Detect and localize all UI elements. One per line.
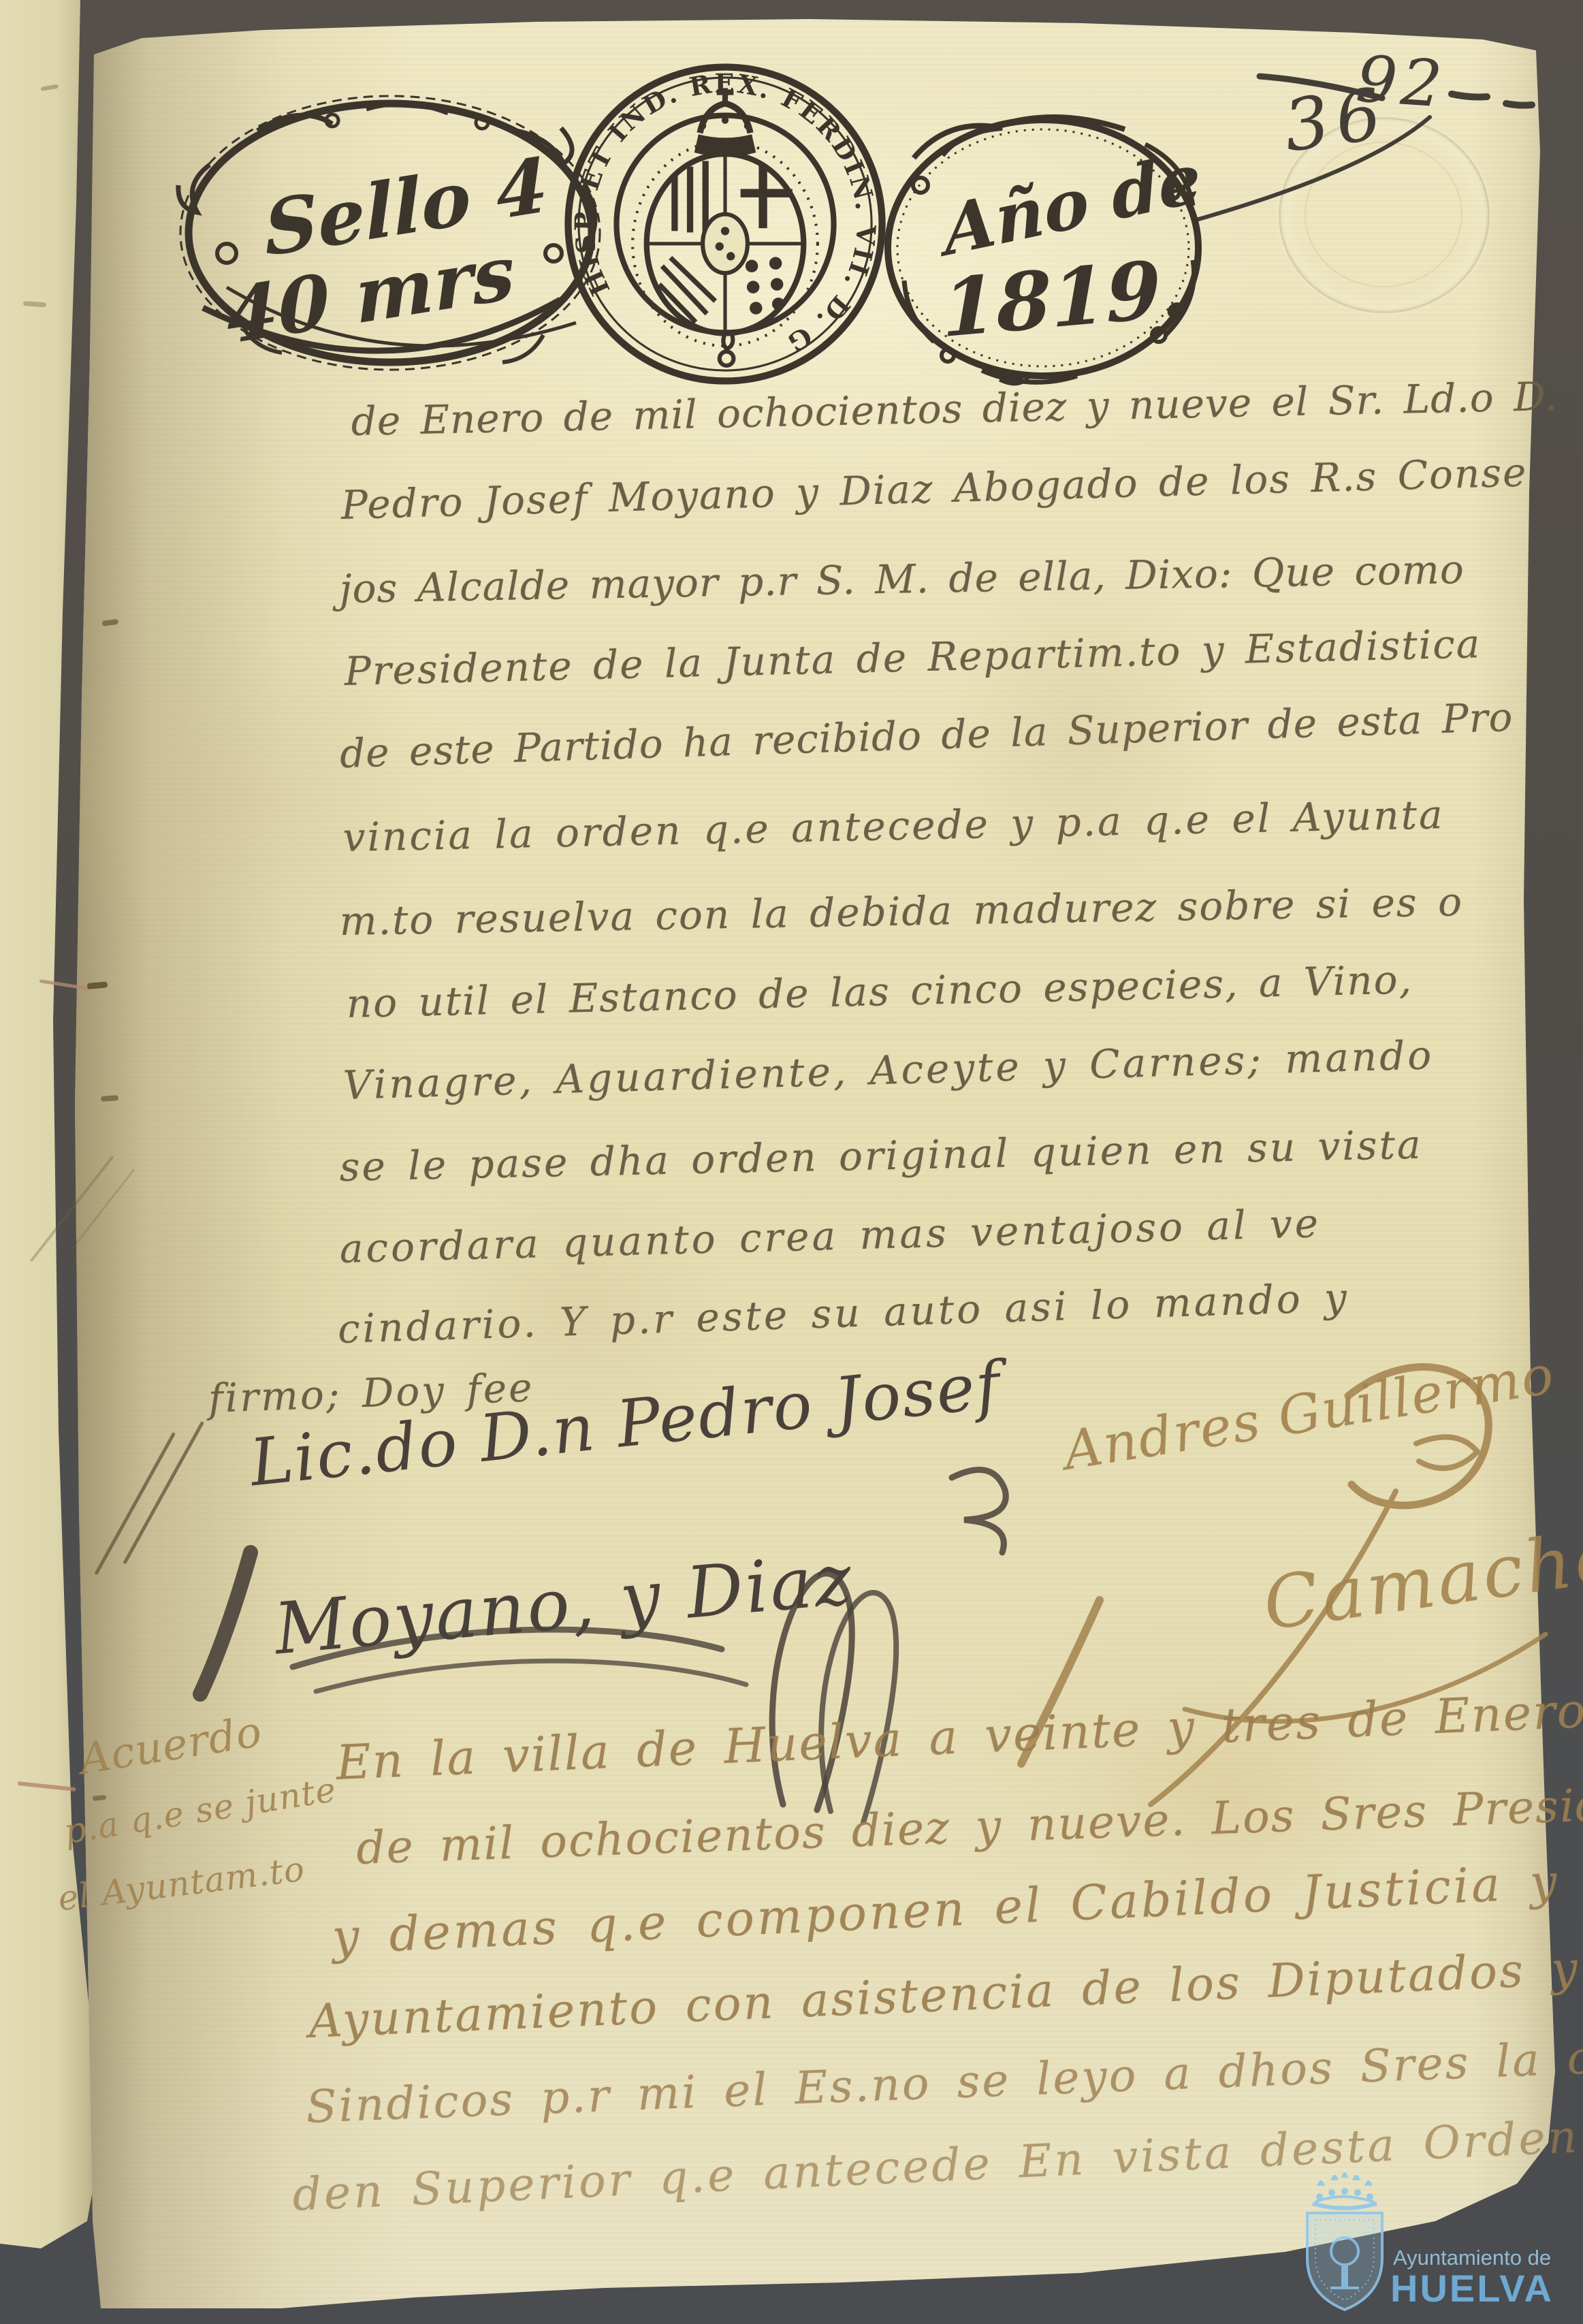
binding-speck [23,301,46,307]
manuscript-line: Vinagre, Aguardiente, Aceyte y Carnes; m… [342,1032,1435,1109]
stitch-thread [39,979,90,991]
manuscript-line: acordara quanto crea mas ventajoso al ve [339,1200,1322,1272]
manuscript-line: Sindicos p.r mi el Es.no se leyo a dhos … [305,2031,1583,2133]
stitch-hole [101,619,118,626]
watermark-line2: HUELVA [1390,2267,1554,2310]
manuscript-line: m.to resuelva con la debida madurez sobr… [339,878,1463,944]
manuscript-line: jos Alcalde mayor p.r S. M. de ella, Dix… [339,546,1465,612]
manuscript-line: En la villa de Huelva a veinte y tres de… [335,1683,1583,1791]
stitch-hole [93,1795,107,1801]
royal-seal-ferdinand-vii: HISP. ET IND. REX. FERDIN. VII. D. G. [557,56,893,392]
manuscript-line: de este Partido ha recibido de la Superi… [339,694,1514,777]
scanned-manuscript-page: 92 36 Sello 4 40 mrs [0,0,1583,2324]
watermark-line1: Ayuntamiento de [1393,2246,1551,2270]
facing-page-edge [0,0,102,2254]
manuscript-line: se le pase dha orden original quien en s… [339,1121,1423,1190]
margin-slash-mark [94,1432,176,1576]
manuscript-line: Pedro Josef Moyano y Diaz Abogado de los… [340,449,1528,528]
faint-stroke [71,1168,135,1250]
tax-stamp-sello-4: Sello 4 40 mrs [162,83,615,386]
stitch-thread [18,1781,76,1792]
manuscript-line: vincia la orden q.e antecede y p.a q.e e… [342,791,1445,861]
stitch-hole [101,1095,118,1102]
stitch-hole [87,981,108,989]
manuscript-line: Ayuntamiento con asistencia de los Diput… [308,1942,1580,2049]
year-stamp-1819: Año de 1819. [873,104,1217,393]
margin-note-line: Acuerdo [76,1706,266,1784]
manuscript-line: de mil ochocientos diez y nueve. Los Sre… [355,1775,1583,1875]
manuscript-line: cindario. Y p.r este su auto asi lo mand… [337,1274,1350,1352]
binding-speck [40,84,59,91]
signature-camacho-line2: Camacho [1258,1514,1583,1646]
margin-note-line: el Ayuntam.to [56,1849,307,1919]
manuscript-line: Presidente de la Junta de Repartim.to y … [344,620,1482,695]
faint-stroke [30,1156,114,1262]
folio-number-36: 36 [1279,71,1393,168]
embossed-blind-seal-inner [1305,142,1462,287]
margin-note-line: p.a q.e se junte [61,1770,339,1851]
archive-watermark-huelva: Ayuntamiento de HUELVA [1260,2144,1583,2324]
margin-slash-mark [123,1421,204,1565]
manuscript-line: y demas q.e componen el Cabildo Justicia… [331,1853,1561,1965]
signature-camacho-line1: Andres Guillermo [1059,1344,1559,1482]
manuscript-line: no util el Estanco de las cinco especies… [346,956,1413,1027]
signature-moyano-line2: Moyano, y Diaz [271,1538,857,1671]
